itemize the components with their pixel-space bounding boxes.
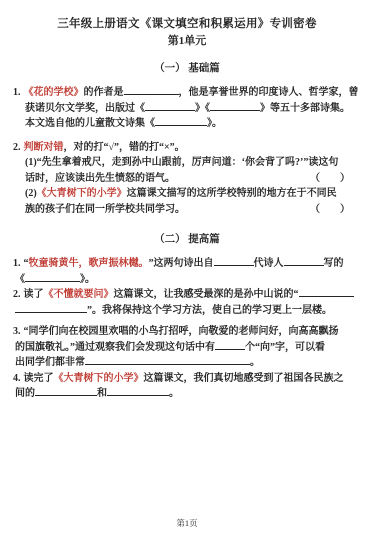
highlighted-text: 判断对错 xyxy=(24,140,64,156)
question-text: 出同学们都非常 xyxy=(15,355,85,371)
question-text: 《 xyxy=(15,272,25,288)
question-text: 读完了 xyxy=(24,371,54,387)
question-text: 的国旗敬礼。”通过观察我们会发现这句话中有 xyxy=(15,340,215,356)
question-basic-2: 2.判断对错，对的打“√”，错的打“×”。(1)“先生拿着戒尺，走到孙中山跟前，… xyxy=(13,140,350,218)
question-text: (1)“先生拿着戒尺，走到孙中山跟前，厉声问道：‘你会背了吗?’”读这句 xyxy=(25,155,338,171)
question-line: 1.《花的学校》的作者是，他是享誉世界的印度诗人、哲学家，曾 xyxy=(13,85,350,101)
blank-underline xyxy=(107,386,169,396)
question-line: (2)《大青树下的小学》这篇课文描写的这所学校特别的地方在于不同民 xyxy=(13,186,350,202)
question-line: 《》。 xyxy=(13,272,350,288)
question-line: ”。我将保持这个学习方法，使自己的学习更上一层楼。 xyxy=(13,303,350,319)
question-text: 个“向”字，可以看 xyxy=(245,340,325,356)
question-line: 的国旗敬礼。”通过观察我们会发现这句话中有个“向”字，可以看 xyxy=(13,340,350,356)
question-line: 话时，应该读出先生愤怒的语气。（ ） xyxy=(13,171,350,187)
question-number: 1. xyxy=(13,85,24,101)
section-advanced: （二） 提高篇 1.“牧童骑黄牛，歌声振林樾。”这两句诗出自代诗人写的《》。 2… xyxy=(0,233,374,402)
question-advanced-4: 4.读完了《大青树下的小学》这篇课文，我们真切地感受到了祖国各民族之间的和。 xyxy=(13,371,350,402)
question-text: 写的 xyxy=(324,256,344,272)
section-basic: （一） 基础篇 1.《花的学校》的作者是，他是享誉世界的印度诗人、哲学家，曾获诺… xyxy=(0,62,374,217)
question-line: 3.“同学们向在校园里欢唱的小鸟打招呼，向敬爱的老师问好，向高高飘扬 xyxy=(13,324,350,340)
blank-underline xyxy=(85,355,250,365)
question-text: 和 xyxy=(97,386,107,402)
question-line: 间的和。 xyxy=(13,386,350,402)
question-line: 族的孩子们在同一所学校共同学习。（ ） xyxy=(13,202,350,218)
question-line: 获诺贝尔文学奖，出版过《》《》等五十多部诗集。 xyxy=(13,101,350,117)
question-basic-1: 1.《花的学校》的作者是，他是享誉世界的印度诗人、哲学家，曾获诺贝尔文学奖，出版… xyxy=(13,85,350,132)
page-title: 三年级上册语文《课文填空和积累运用》专训密卷 xyxy=(0,0,374,32)
question-text: ”这两句诗出自 xyxy=(149,256,214,272)
question-number: 2. xyxy=(13,140,24,156)
section-basic-heading: （一） 基础篇 xyxy=(0,62,374,75)
question-number: 3. xyxy=(13,324,24,340)
blank-underline xyxy=(25,272,80,282)
blank-underline xyxy=(215,340,245,350)
question-line: 2.读了《不懂就要问》这篇课文，让我感受最深的是孙中山说的“ xyxy=(13,287,350,303)
question-text: 这篇课文，我们真切地感受到了祖国各民族之 xyxy=(144,371,344,387)
question-text: 的作者是 xyxy=(84,85,124,101)
question-text: 》。 xyxy=(207,116,222,132)
question-line: 1.“牧童骑黄牛，歌声振林樾。”这两句诗出自代诗人写的 xyxy=(13,256,350,272)
blank-underline xyxy=(145,101,195,111)
question-text: 间的 xyxy=(15,386,35,402)
blank-underline xyxy=(284,256,324,266)
question-number: 2. xyxy=(13,287,24,303)
question-text: 话时，应该读出先生愤怒的语气。 xyxy=(25,171,175,187)
question-text: 》等五十多部诗集。 xyxy=(260,101,350,117)
highlighted-text: 《不懂就要问》 xyxy=(44,287,114,303)
question-text: 代诗人 xyxy=(254,256,284,272)
question-line: 出同学们都非常。 xyxy=(13,355,350,371)
question-advanced-3: 3.“同学们向在校园里欢唱的小鸟打招呼，向敬爱的老师问好，向高高飘扬的国旗敬礼。… xyxy=(13,324,350,371)
highlighted-text: 《大青树下的小学》 xyxy=(37,186,127,202)
section-advanced-heading: （二） 提高篇 xyxy=(0,233,374,246)
question-text: 读了 xyxy=(24,287,44,303)
question-line: 2.判断对错，对的打“√”，错的打“×”。 xyxy=(13,140,350,156)
question-text: 》。 xyxy=(80,272,95,288)
question-advanced-2: 2.读了《不懂就要问》这篇课文，让我感受最深的是孙中山说的“”。我将保持这个学习… xyxy=(13,287,350,318)
page-number: 第1页 xyxy=(0,517,374,529)
highlighted-text: 牧童骑黄牛，歌声振林樾。 xyxy=(29,256,149,272)
blank-underline xyxy=(299,287,354,297)
unit-subtitle: 第1单元 xyxy=(0,34,374,49)
question-number: 1. xyxy=(13,256,24,272)
blank-underline xyxy=(210,101,260,111)
blank-underline xyxy=(35,386,97,396)
question-text: 。 xyxy=(169,386,179,402)
question-text: 这篇课文，让我感受最深的是孙中山说的“ xyxy=(114,287,299,303)
highlighted-text: 《大青树下的小学》 xyxy=(54,371,144,387)
question-text: ”。我将保持这个学习方法，使自己的学习更上一层楼。 xyxy=(87,303,332,319)
question-line: (1)“先生拿着戒尺，走到孙中山跟前，厉声问道：‘你会背了吗?’”读这句 xyxy=(13,155,350,171)
question-text: 本文选自他的儿童散文诗集《 xyxy=(25,116,155,132)
answer-parentheses: （ ） xyxy=(310,202,350,218)
highlighted-text: 《花的学校》 xyxy=(24,85,84,101)
question-text: 。 xyxy=(250,355,260,371)
question-text: ，他是享誉世界的印度诗人、哲学家，曾 xyxy=(179,85,359,101)
question-text: ，对的打“√”，错的打“×”。 xyxy=(64,140,185,156)
question-text: 族的孩子们在同一所学校共同学习。 xyxy=(25,202,185,218)
question-line: 4.读完了《大青树下的小学》这篇课文，我们真切地感受到了祖国各民族之 xyxy=(13,371,350,387)
question-text: 》《 xyxy=(195,101,210,117)
answer-parentheses: （ ） xyxy=(310,171,350,187)
question-number: 4. xyxy=(13,371,24,387)
worksheet-page: 三年级上册语文《课文填空和积累运用》专训密卷 第1单元 （一） 基础篇 1.《花… xyxy=(0,0,374,540)
question-text: 获诺贝尔文学奖，出版过《 xyxy=(25,101,145,117)
question-line: 本文选自他的儿童散文诗集《》。 xyxy=(13,116,350,132)
blank-underline xyxy=(15,303,87,313)
blank-underline xyxy=(155,116,207,126)
question-advanced-1: 1.“牧童骑黄牛，歌声振林樾。”这两句诗出自代诗人写的《》。 xyxy=(13,256,350,287)
question-text: 这篇课文描写的这所学校特别的地方在于不同民 xyxy=(127,186,337,202)
blank-underline xyxy=(124,85,179,95)
blank-underline xyxy=(214,256,254,266)
question-text: (2) xyxy=(25,186,37,202)
question-text: “同学们向在校园里欢唱的小鸟打招呼，向敬爱的老师问好，向高高飘扬 xyxy=(24,324,339,340)
